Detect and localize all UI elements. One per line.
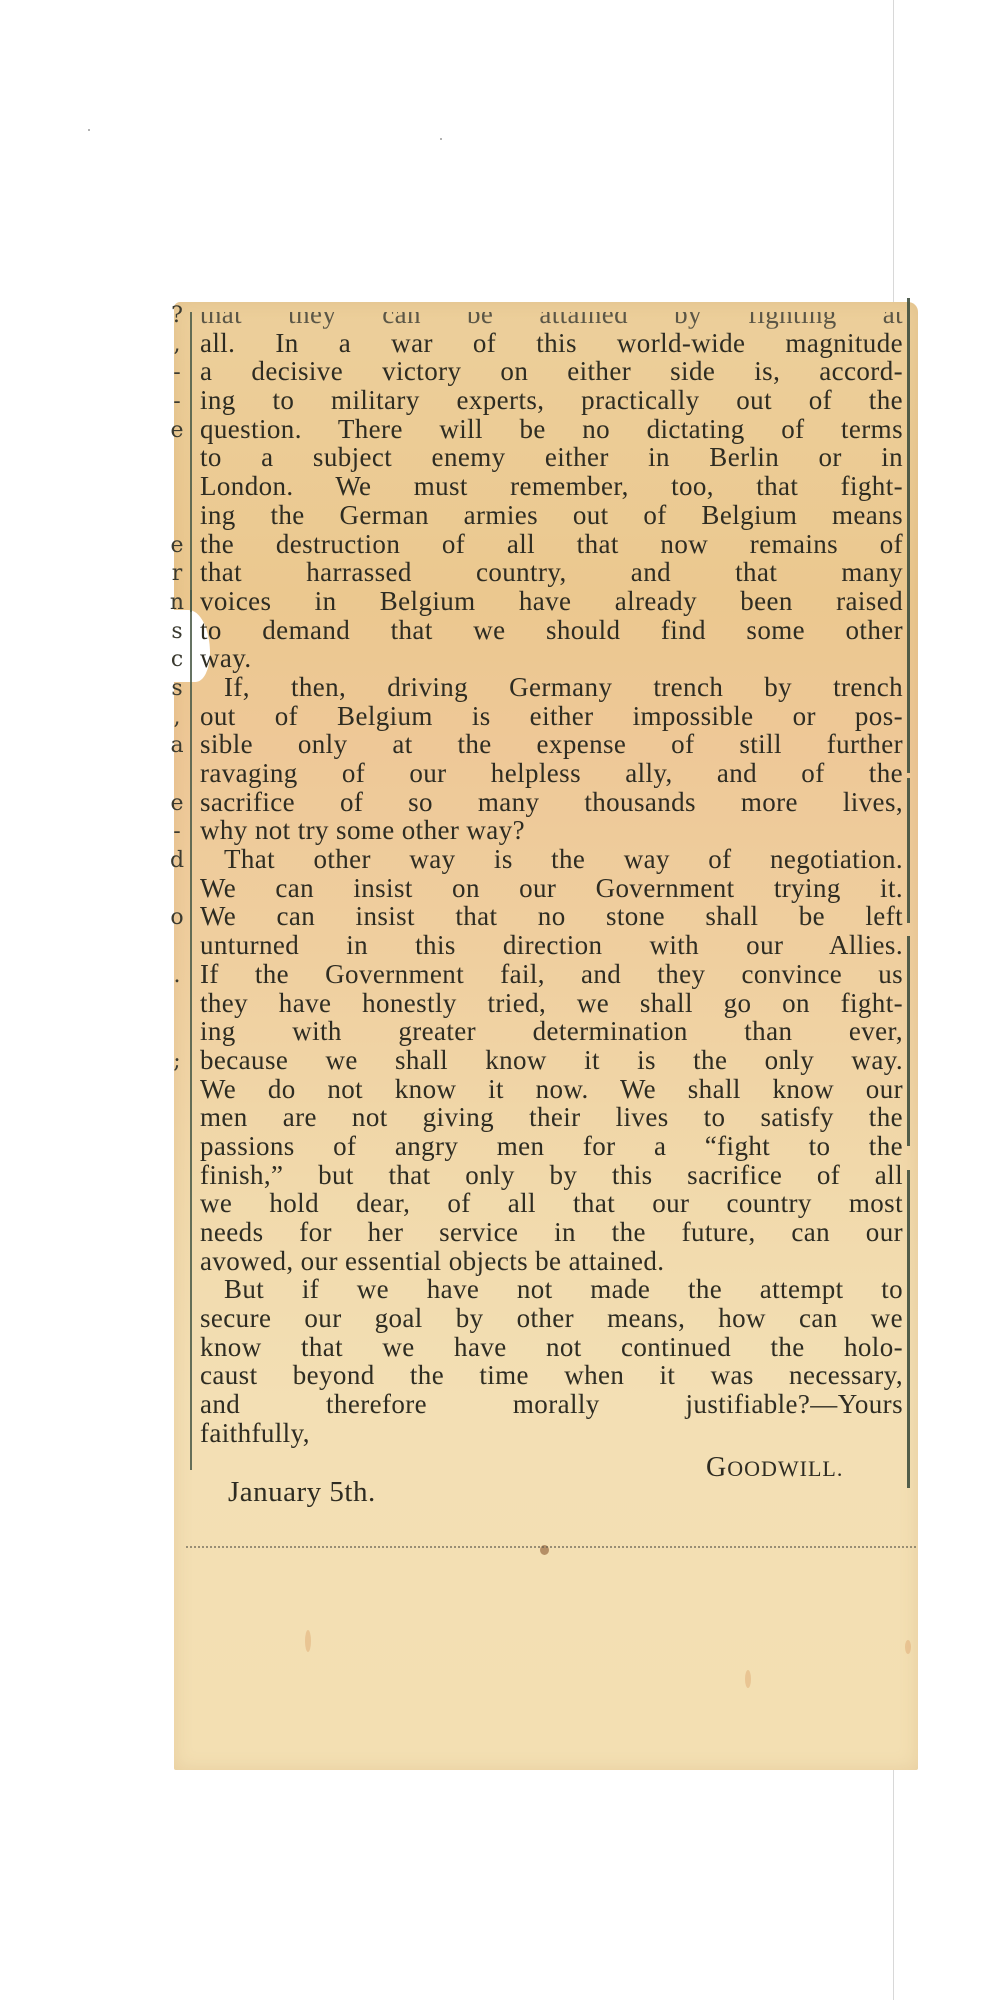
margin-fragment: d [166, 847, 188, 876]
text-line: secure our goal by other means, how can … [200, 1304, 903, 1333]
margin-fragment [166, 445, 188, 474]
signature-initial: G [706, 1452, 727, 1483]
margin-fragment [166, 876, 188, 905]
section-divider [186, 1546, 916, 1548]
text-line: avowed, our essential objects be attaine… [200, 1247, 903, 1276]
text-line: ravaging of our helpless ally, and of th… [200, 759, 903, 788]
margin-fragment: s [166, 675, 188, 704]
paper-stain [905, 1640, 911, 1654]
text-line: that harrassed country, and that many [200, 558, 903, 587]
column-rule-right [907, 778, 910, 923]
margin-fragment: e [166, 790, 188, 819]
text-line: to demand that we should find some other [200, 616, 903, 645]
text-line: If the Government fail, and they convinc… [200, 960, 903, 989]
text-line: way. [200, 644, 903, 673]
text-line: because we shall know it is the only way… [200, 1046, 903, 1075]
margin-fragment: r [166, 560, 188, 589]
column-rule-right [907, 298, 910, 773]
text-line: passions of angry men for a “fight to th… [200, 1132, 903, 1161]
text-line: that they can be attained by fighting at [200, 300, 903, 329]
text-line: We do not know it now. We shall know our [200, 1075, 903, 1104]
signature: GOODWILL. [706, 1452, 843, 1484]
margin-fragment [166, 933, 188, 962]
text-line: to a subject enemy either in Berlin or i… [200, 443, 903, 472]
text-line: ing the German armies out of Belgium mea… [200, 501, 903, 530]
text-line: London. We must remember, too, that figh… [200, 472, 903, 501]
text-line: know that we have not continued the holo… [200, 1333, 903, 1362]
letter-body: that they can be attained by fighting at… [200, 300, 903, 1448]
signature-rest: OODWILL. [727, 1456, 843, 1481]
dust-speck [88, 129, 90, 131]
text-line: ing to military experts, practically out… [200, 386, 903, 415]
margin-fragment [166, 761, 188, 790]
margin-fragment: s [166, 618, 188, 647]
margin-fragment: o [166, 904, 188, 933]
text-line: finish,” but that only by this sacrifice… [200, 1161, 903, 1190]
text-line: and therefore morally justifiable?—Yours [200, 1390, 903, 1419]
text-line: we hold dear, of all that our country mo… [200, 1189, 903, 1218]
column-rule-left [190, 312, 192, 612]
text-line: question. There will be no dictating of … [200, 415, 903, 444]
text-line: why not try some other way? [200, 816, 903, 845]
margin-fragment: n [166, 589, 188, 618]
text-line: all. In a war of this world-wide magnitu… [200, 329, 903, 358]
paragraph-start: But if we have not made the attempt to [200, 1275, 903, 1304]
margin-fragment [166, 474, 188, 503]
margin-fragment [166, 1019, 188, 1048]
margin-fragment: , [166, 704, 188, 733]
text-line: the destruction of all that now remains … [200, 530, 903, 559]
text-line: sible only at the expense of still furth… [200, 730, 903, 759]
text-line: men are not giving their lives to satisf… [200, 1103, 903, 1132]
column-rule-right [907, 936, 910, 1146]
dust-speck [440, 138, 442, 140]
text-line: faithfully, [200, 1419, 903, 1448]
margin-fragment: . [166, 962, 188, 991]
text-line: We can insist that no stone shall be lef… [200, 902, 903, 931]
text-line: caust beyond the time when it was necess… [200, 1361, 903, 1390]
text-line: ing with greater determination than ever… [200, 1017, 903, 1046]
margin-fragment: ; [166, 1048, 188, 1077]
margin-fragment: c [166, 646, 188, 675]
margin-fragment: , [166, 331, 188, 360]
margin-fragment: - [166, 388, 188, 417]
margin-fragment [166, 503, 188, 532]
text-line: out of Belgium is either impossible or p… [200, 702, 903, 731]
dateline: January 5th. [228, 1476, 376, 1509]
margin-fragment: ? [166, 302, 188, 331]
text-line: unturned in this direction with our Alli… [200, 931, 903, 960]
margin-fragment: a [166, 732, 188, 761]
text-line: needs for her service in the future, can… [200, 1218, 903, 1247]
text-line: voices in Belgium have already been rais… [200, 587, 903, 616]
text-line: a decisive victory on either side is, ac… [200, 357, 903, 386]
adjacent-column-fragments: ? , - - e e r n s c s , a e - d o . ; [166, 302, 188, 1077]
text-line: they have honestly tried, we shall go on… [200, 989, 903, 1018]
margin-fragment: e [166, 417, 188, 446]
text-line: We can insist on our Government trying i… [200, 874, 903, 903]
margin-fragment: - [166, 359, 188, 388]
margin-fragment: - [166, 818, 188, 847]
paper-stain [305, 1630, 311, 1652]
paper-stain [745, 1670, 751, 1688]
column-rule-left [190, 590, 192, 1470]
margin-fragment: e [166, 532, 188, 561]
paragraph-start: That other way is the way of negotiation… [200, 845, 903, 874]
text-line: sacrifice of so many thousands more live… [200, 788, 903, 817]
margin-fragment [166, 991, 188, 1020]
column-rule-right [907, 1170, 910, 1488]
paragraph-start: If, then, driving Germany trench by tren… [200, 673, 903, 702]
